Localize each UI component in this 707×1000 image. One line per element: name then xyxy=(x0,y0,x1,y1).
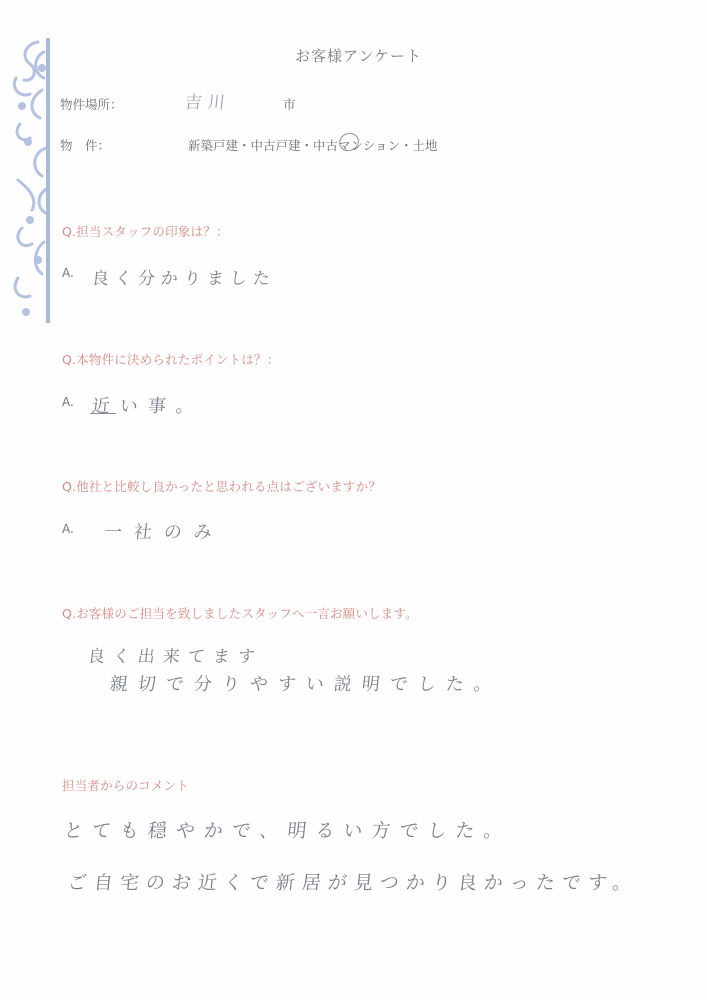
property-type-label: 物 件： xyxy=(60,136,110,154)
answer-label: A. xyxy=(62,395,74,409)
answer-staff-impression: 良く分かりました xyxy=(91,264,278,289)
answer-label: A. xyxy=(62,266,74,280)
answer-message-line-2: 親切で分りやすい説明でした。 xyxy=(109,670,504,696)
answer-deciding-point: 近い事。 xyxy=(91,392,206,418)
handwritten-underline xyxy=(90,413,116,414)
staff-comment-heading: 担当者からのコメント xyxy=(62,776,189,794)
answer-label: A. xyxy=(62,522,74,536)
staff-comment-line-1: とても穏やかで、明るい方でした。 xyxy=(63,816,513,843)
property-location-suffix: 市 xyxy=(283,95,296,113)
answer-message-line-1: 良く出来てます xyxy=(87,642,265,667)
question-comparison: Q.他社と比較し良かったと思われる点はございますか？ xyxy=(62,477,381,495)
border-vertical-rule xyxy=(46,38,50,323)
page-title: お客様アンケート xyxy=(0,45,707,66)
staff-comment-line-2: ご自宅のお近くで新居が見つかり良かったです。 xyxy=(67,868,640,895)
survey-sheet: お客様アンケート 物件場所： 吉川 市 物 件： 新築戸建・中古戸建・中古マンシ… xyxy=(0,0,707,1000)
question-message-to-staff: Q.お客様のご担当を致しましたスタッフへ一言お願いします。 xyxy=(62,604,418,622)
property-location-handwritten-city: 吉川 xyxy=(184,88,233,113)
question-staff-impression: Q.担当スタッフの印象は？： xyxy=(62,222,229,240)
property-location-label: 物件場所： xyxy=(60,95,123,113)
question-deciding-point: Q.本物件に決められたポイントは？： xyxy=(62,350,279,368)
property-type-options: 新築戸建・中古戸建・中古マンション・土地 xyxy=(188,136,437,154)
answer-comparison: 一社のみ xyxy=(103,518,226,544)
